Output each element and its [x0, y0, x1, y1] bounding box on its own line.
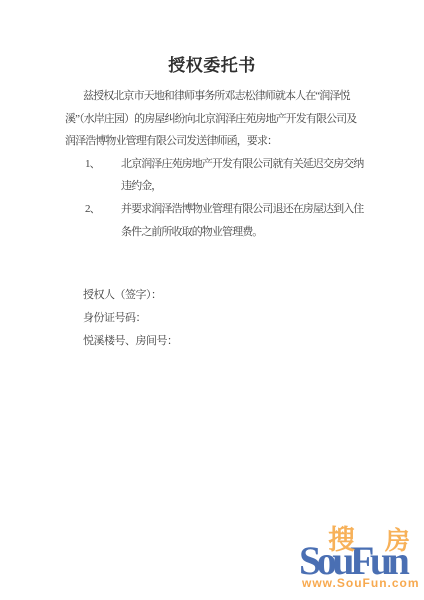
list-item-2: 2、 并要求润泽浩博物业管理有限公司退还在房屋达到入住: [65, 198, 365, 221]
list-item-continuation: 条件之前所收取的物业管理费。: [65, 221, 365, 244]
list-item-1: 1、 北京润泽庄苑房地产开发有限公司就有关延迟交房交纳: [65, 153, 365, 176]
watermark-soufun-text: SouFun: [299, 541, 405, 581]
soufun-watermark: SouFun 搜 房 www.SouFun.com: [298, 524, 422, 598]
page-title: 授权委托书: [0, 51, 424, 76]
watermark-cn-sou: 搜: [328, 527, 355, 554]
signature-field-label: 授权人（签字）：: [83, 284, 178, 307]
signature-block: 授权人（签字）： 身份证号码： 悦溪楼号、房间号：: [83, 284, 178, 353]
document-page: 授权委托书 兹授权北京市天地和律师事务所邓志松律师就本人在“润泽悦 溪”（水岸庄…: [0, 0, 424, 600]
list-item-continuation: 违约金，: [65, 175, 365, 198]
document-body: 兹授权北京市天地和律师事务所邓志松律师就本人在“润泽悦 溪”（水岸庄园）的房屋纠…: [65, 85, 365, 243]
paragraph-line: 溪”（水岸庄园）的房屋纠纷向北京润泽庄苑房地产开发有限公司及: [65, 108, 365, 131]
list-item-number: 2、: [85, 198, 100, 221]
list-item-text: 北京润泽庄苑房地产开发有限公司就有关延迟交房交纳: [121, 158, 363, 170]
watermark-url: www.SouFun.com: [302, 577, 420, 589]
list-item-text: 并要求润泽浩博物业管理有限公司退还在房屋达到入住: [121, 203, 363, 215]
building-room-field-label: 悦溪楼号、房间号：: [83, 330, 178, 353]
paragraph-line: 兹授权北京市天地和律师事务所邓志松律师就本人在“润泽悦: [65, 85, 365, 108]
paragraph-line: 润泽浩博物业管理有限公司发送律师函，要求：: [65, 130, 365, 153]
watermark-cn-fang: 房: [385, 529, 410, 554]
list-item-number: 1、: [85, 153, 100, 176]
id-number-field-label: 身份证号码：: [83, 307, 178, 330]
